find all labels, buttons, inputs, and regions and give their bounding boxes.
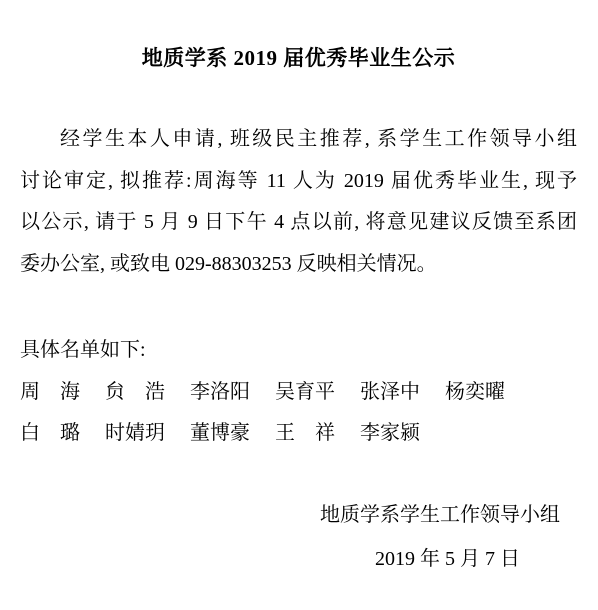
signature: 地质学系学生工作领导小组 (20, 495, 560, 537)
announcement-document: 地质学系 2019 届优秀毕业生公示 经学生本人申请, 班级民主推荐, 系学生工… (0, 0, 598, 610)
list-heading: 具体名单如下: (20, 330, 577, 372)
name-row-1: 周 海 贠 浩 李洛阳 吴育平 张泽中 杨奕曜 (20, 372, 577, 414)
signature-date: 2019 年 5 月 7 日 (20, 539, 520, 581)
name-list: 周 海 贠 浩 李洛阳 吴育平 张泽中 杨奕曜 白 璐 时婧玥 董博豪 王 祥 … (20, 372, 577, 455)
paragraph-line-4: 委办公室, 或致电 029-88303253 反映相关情况。 (20, 244, 577, 286)
name-row-2: 白 璐 时婧玥 董博豪 王 祥 李家颍 (20, 413, 577, 455)
body-paragraph: 经学生本人申请, 班级民主推荐, 系学生工作领导小组 讨论审定, 拟推荐:周海等… (20, 119, 577, 285)
paragraph-line-3: 以公示, 请于 5 月 9 日下午 4 点以前, 将意见建议反馈至系团 (20, 202, 577, 244)
document-title: 地质学系 2019 届优秀毕业生公示 (20, 45, 577, 71)
paragraph-line-2: 讨论审定, 拟推荐:周海等 11 人为 2019 届优秀毕业生, 现予 (20, 161, 577, 203)
paragraph-line-1: 经学生本人申请, 班级民主推荐, 系学生工作领导小组 (20, 119, 577, 161)
